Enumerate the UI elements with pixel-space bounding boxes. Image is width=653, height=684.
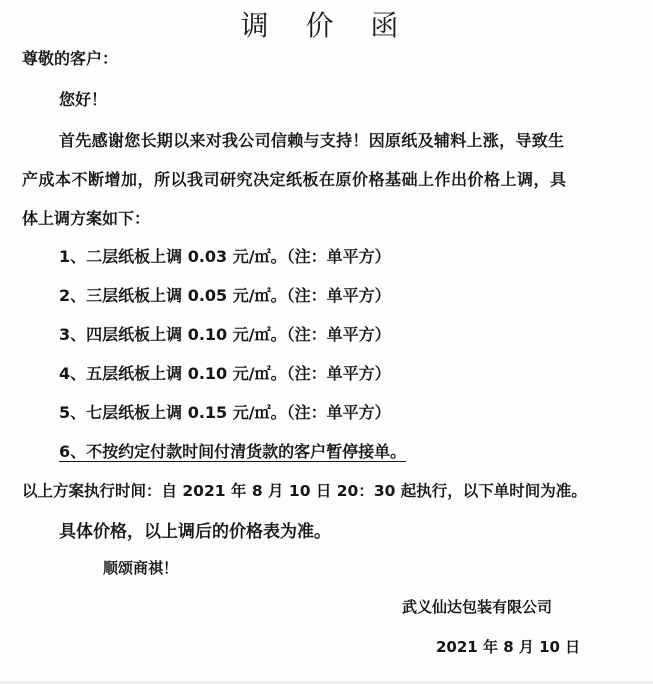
letter-date: 2021 年 8 月 10 日: [436, 636, 580, 657]
paragraph-line-2: 产成本不断增加，所以我司研究决定纸板在原价格基础上作出价格上调，具: [22, 167, 567, 190]
greeting: 您好！: [59, 87, 107, 110]
execution-time: 以上方案执行时间：自 2021 年 8 月 10 日 20：30 起执行，以下单…: [22, 479, 587, 501]
adjustment-item: 1、二层纸板上调 0.03 元/㎡。（注：单平方）: [59, 244, 391, 267]
adjustment-item: 3、四层纸板上调 0.10 元/㎡。（注：单平方）: [59, 322, 391, 345]
closing-regards: 顺颂商祺！: [103, 557, 178, 578]
company-signature: 武义仙达包装有限公司: [402, 596, 552, 617]
price-adjustment-letter: 调 价 函 尊敬的客户： 您好！ 首先感谢您长期以来对我公司信赖与支持！因原纸及…: [0, 0, 653, 684]
price-note: 具体价格，以上调后的价格表为准。: [59, 517, 331, 542]
adjustment-item: 2、三层纸板上调 0.05 元/㎡。（注：单平方）: [59, 283, 391, 306]
adjustment-item: 5、七层纸板上调 0.15 元/㎡。（注：单平方）: [59, 400, 391, 423]
payment-terms-item: 6、不按约定付款时间付清货款的客户暂停接单。: [59, 439, 406, 462]
salutation: 尊敬的客户：: [22, 46, 118, 69]
paragraph-line-3: 体上调方案如下：: [22, 206, 150, 229]
adjustment-item: 4、五层纸板上调 0.10 元/㎡。（注：单平方）: [59, 361, 391, 384]
paragraph-line-1: 首先感谢您长期以来对我公司信赖与支持！因原纸及辅料上涨，导致生: [59, 128, 564, 151]
document-title: 调 价 函: [0, 4, 653, 44]
